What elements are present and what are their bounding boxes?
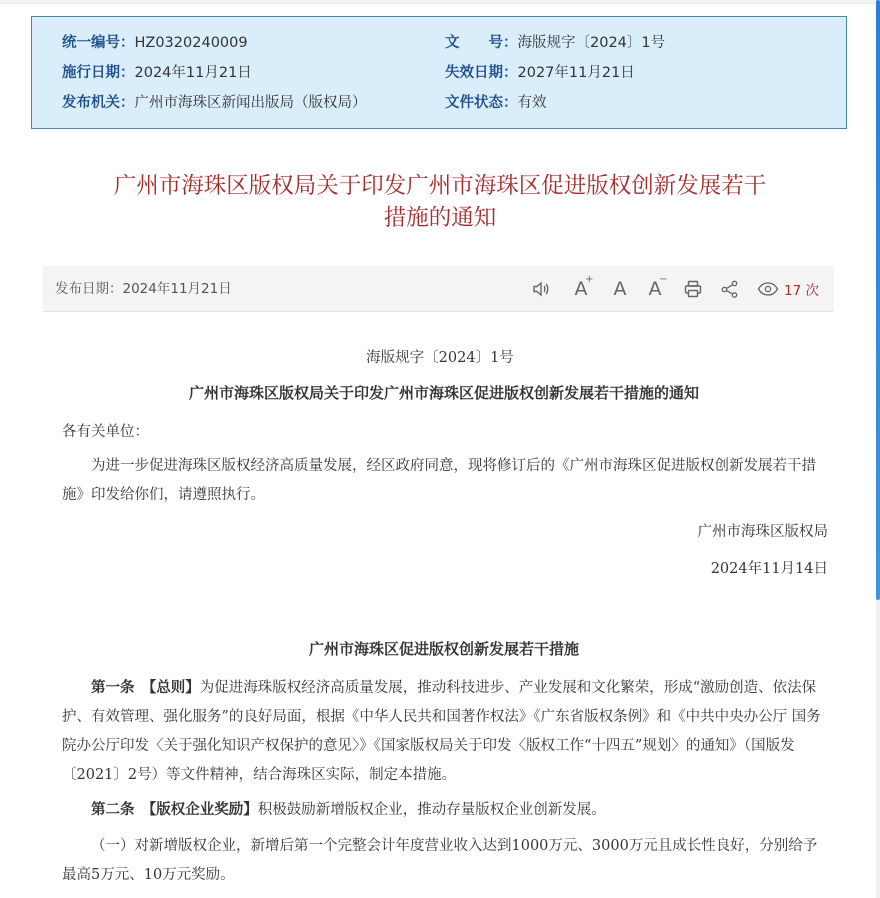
document-heading: 广州市海珠区版权局关于印发广州市海珠区促进版权创新发展若干措施的通知: [0, 382, 880, 403]
info-value: 有效: [518, 92, 547, 114]
info-document-status: 文件状态：有效: [445, 92, 547, 114]
info-expiry-date: 失效日期：2027年11月21日: [445, 62, 635, 84]
salutation: 各有关单位：: [62, 418, 828, 447]
font-increase-icon: A+: [575, 278, 588, 300]
info-label: 统一编号：: [62, 32, 135, 54]
article-toolbar: 发布日期：2024年11月21日 A+ A A−: [43, 266, 834, 312]
info-value: 2024年11月21日: [135, 62, 252, 84]
info-value: 海版规字〔2024〕1号: [518, 32, 666, 54]
page-title: 广州市海珠区版权局关于印发广州市海珠区促进版权创新发展若干 措施的通知: [60, 170, 820, 234]
info-label: 失效日期：: [445, 62, 518, 84]
page-title-line-1: 广州市海珠区版权局关于印发广州市海珠区促进版权创新发展若干: [60, 170, 820, 202]
share-icon: [720, 279, 740, 299]
scrollbar-thumb[interactable]: [876, 0, 880, 600]
info-label: 发布机关：: [62, 92, 135, 114]
font-decrease-button[interactable]: A−: [643, 277, 667, 301]
article-2-head: 第二条 【版权企业奖励】: [91, 801, 258, 818]
font-default-icon: A: [614, 278, 627, 300]
share-button[interactable]: [718, 277, 742, 301]
article-2-text: 积极鼓励新增版权企业，推动存量版权企业创新发展。: [258, 802, 606, 818]
measures-title: 广州市海珠区促进版权创新发展若干措施: [0, 638, 880, 659]
info-issuing-authority: 发布机关：广州市海珠区新闻出版局（版权局）: [62, 92, 367, 114]
read-aloud-button[interactable]: [529, 277, 553, 301]
info-label: 文 号：: [445, 32, 518, 54]
body-paragraph: 为进一步促进海珠区版权经济高质量发展，经区政府同意，现将修订后的《广州市海珠区促…: [62, 452, 828, 510]
info-unified-number: 统一编号：HZ0320240009: [62, 32, 248, 54]
article-2: 第二条 【版权企业奖励】积极鼓励新增版权企业，推动存量版权企业创新发展。: [62, 795, 828, 825]
font-increase-button[interactable]: A+: [569, 277, 593, 301]
font-default-button[interactable]: A: [608, 277, 632, 301]
publish-date: 发布日期：2024年11月21日: [55, 278, 232, 300]
document-info-box: 统一编号：HZ0320240009 施行日期：2024年11月21日 发布机关：…: [31, 16, 847, 129]
info-value: 2027年11月21日: [518, 62, 635, 84]
article-1: 第一条 【总则】为促进海珠版权经济高质量发展，推动科技进步、产业发展和文化繁荣，…: [62, 673, 828, 790]
font-decrease-icon: A−: [649, 278, 662, 300]
eye-icon: [757, 281, 779, 297]
info-effective-date: 施行日期：2024年11月21日: [62, 62, 252, 84]
view-count: 17 次: [784, 279, 819, 299]
view-counter: 17 次: [757, 277, 819, 301]
clause-1: （一）对新增版权企业，新增后第一个完整会计年度营业收入达到1000万元、3000…: [62, 832, 828, 890]
top-divider: [0, 0, 876, 4]
info-label: 文件状态：: [445, 92, 518, 114]
signature-date: 2024年11月14日: [62, 555, 828, 584]
info-label: 施行日期：: [62, 62, 135, 84]
speaker-icon: [531, 279, 551, 299]
measures-body: 第一条 【总则】为促进海珠版权经济高质量发展，推动科技进步、产业发展和文化繁荣，…: [62, 673, 828, 890]
signature: 广州市海珠区版权局: [62, 518, 828, 547]
article-1-head: 第一条 【总则】: [91, 679, 200, 696]
document-number: 海版规字〔2024〕1号: [0, 346, 880, 367]
document-body: 各有关单位： 为进一步促进海珠区版权经济高质量发展，经区政府同意，现将修订后的《…: [62, 418, 828, 584]
vertical-scrollbar[interactable]: [876, 0, 880, 898]
print-button[interactable]: [681, 277, 705, 301]
info-value: HZ0320240009: [135, 32, 248, 54]
page-title-line-2: 措施的通知: [60, 202, 820, 234]
printer-icon: [683, 279, 703, 299]
info-value: 广州市海珠区新闻出版局（版权局）: [135, 92, 367, 114]
info-document-number: 文 号：海版规字〔2024〕1号: [445, 32, 665, 54]
